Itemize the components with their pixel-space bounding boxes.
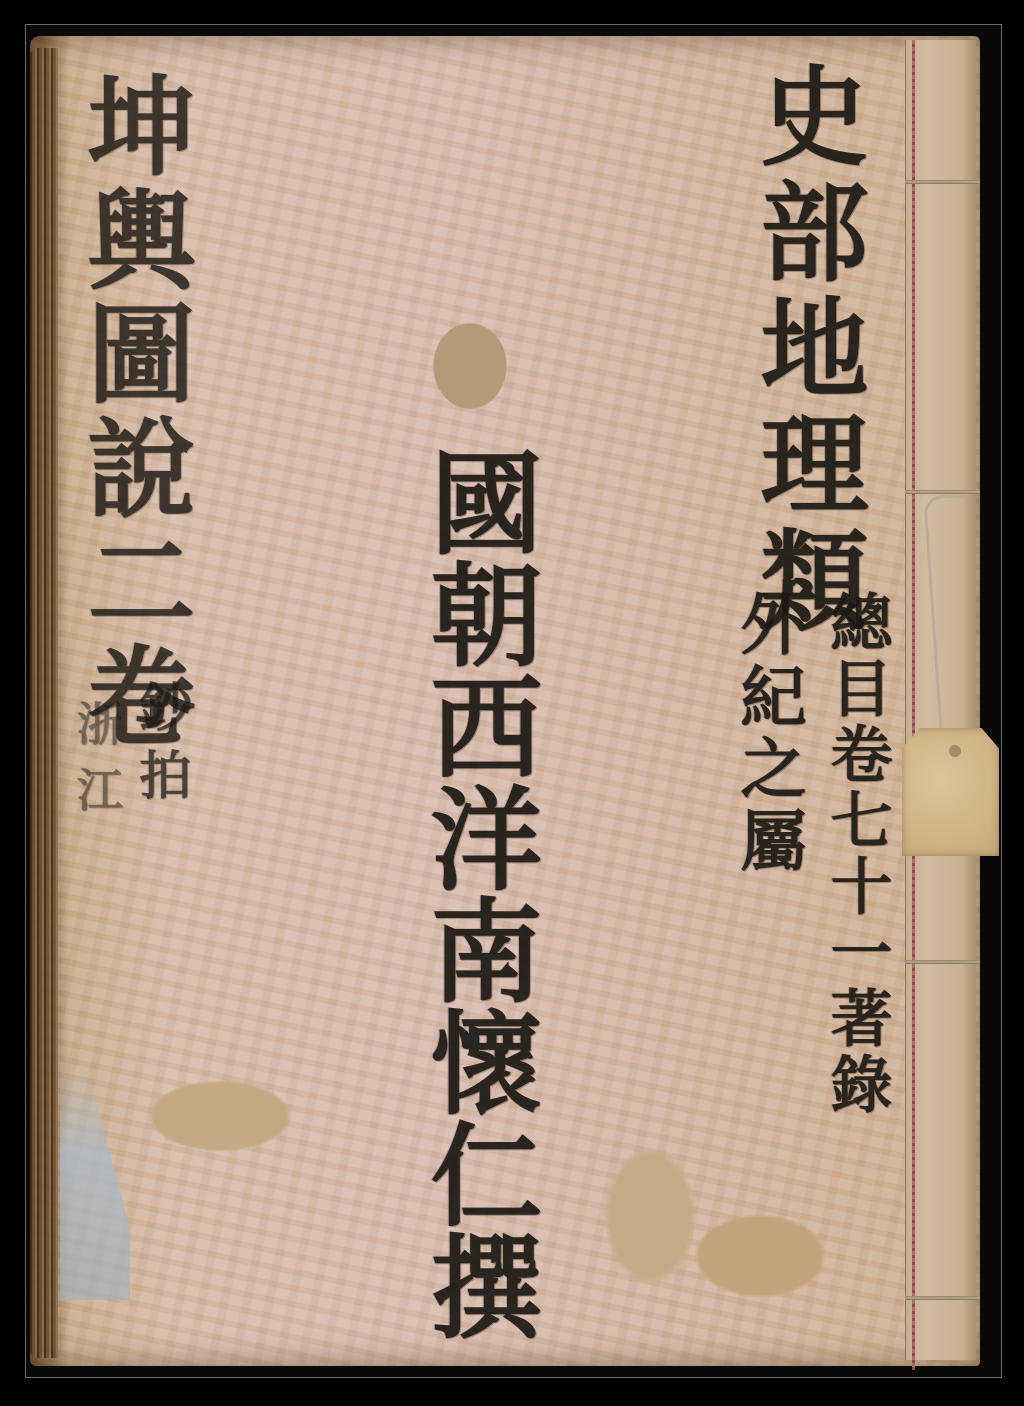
right-title-text: 史部地理類 xyxy=(735,60,875,640)
left-faded-note: 浙江 xyxy=(70,700,124,832)
binding-stitch xyxy=(905,180,980,184)
left-note-text: 鈔拍 xyxy=(130,680,190,816)
right-subtitle-catalog: 總目卷七十一著錄 xyxy=(820,590,892,1118)
binding-stitch xyxy=(905,490,980,494)
left-book-title: 坤輿圖說二卷 xyxy=(62,70,202,754)
binding-stitch xyxy=(905,960,980,964)
red-thread-binding xyxy=(912,40,915,1370)
right-subtitle-category: 外紀之屬 xyxy=(728,590,808,878)
center-author-text: 國朝西洋南懷仁撰 xyxy=(402,445,552,1341)
page-edges xyxy=(30,48,58,1358)
tag-hole xyxy=(949,745,961,757)
binding-stitch xyxy=(905,1296,980,1300)
